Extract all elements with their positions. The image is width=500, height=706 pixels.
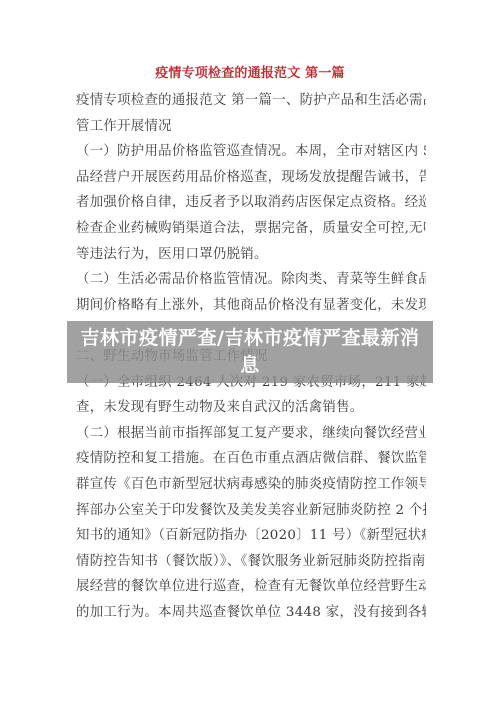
body-line: 品经营户开展医药用品价格巡查，现场发放提醒告诫书，告诫经营 — [76, 165, 426, 191]
headline-overlay-band: 吉林市疫情严查/吉林市疫情严查最新消息 — [67, 321, 433, 383]
body-line: 期间价格略有上涨外，其他商品价格没有显著变化，未发现有捏造 — [76, 293, 426, 319]
body-line: （二）根据当前市指挥部复工复产要求，继续向餐饮经营业主宣传 — [76, 421, 426, 447]
body-line: 知书的通知》（百新冠防指办〔2020〕11 号）《新型冠状病毒肺炎疫 — [76, 523, 426, 549]
body-line: 者加强价格自律，违反者予以取消药店医保定点资格。经巡查，所 — [76, 190, 426, 216]
body-line: 挥部办公室关于印发餐饮及美发美容业新冠肺炎防控 2 个指南及告 — [76, 498, 426, 524]
document-page: 疫情专项检查的通报范文 第一篇 疫情专项检查的通报范文 第一篇一、防护产品和生活… — [0, 0, 500, 706]
body-line: 情防控告知书（餐饮版）》、《餐饮服务业新冠肺炎防控指南》。对开 — [76, 549, 426, 575]
body-line: 疫情防控和复工措施。在百色市重点酒店微信群、餐饮监管工作 QQ — [76, 446, 426, 472]
body-line: 展经营的餐饮单位进行巡查，检查有无餐饮单位经营野生动物活体 — [76, 574, 426, 600]
body-line: （二）生活必需品价格监管情况。除肉类、青菜等生鲜食品在疫情 — [76, 267, 426, 293]
body-line: 疫情专项检查的通报范文 第一篇一、防护产品和生活必需品价格监 — [76, 88, 426, 114]
body-line: 检查企业药械购销渠道合法，票据完备，质量安全可控,无哄抬物价 — [76, 216, 426, 242]
body-line: 等违法行为，医用口罩仍脱销。 — [76, 242, 426, 268]
body-line: 的加工行为。本周共巡查餐饮单位 3448 家，没有接到各辖区餐饮单 — [76, 600, 426, 626]
headline-overlay-text: 吉林市疫情严查/吉林市疫情严查最新消息 — [75, 325, 425, 379]
document-title: 疫情专项检查的通报范文 第一篇 — [0, 64, 500, 84]
body-line: 管工作开展情况 — [76, 114, 426, 140]
body-line: （一）防护用品价格监管巡查情况。本周，全市对辖区内 518 个药 — [76, 139, 426, 165]
body-line: 群宣传《百色市新型冠状病毒感染的肺炎疫情防控工作领导小组指 — [76, 472, 426, 498]
body-line: 查，未发现有野生动物及来自武汉的活禽销售。 — [76, 395, 426, 421]
